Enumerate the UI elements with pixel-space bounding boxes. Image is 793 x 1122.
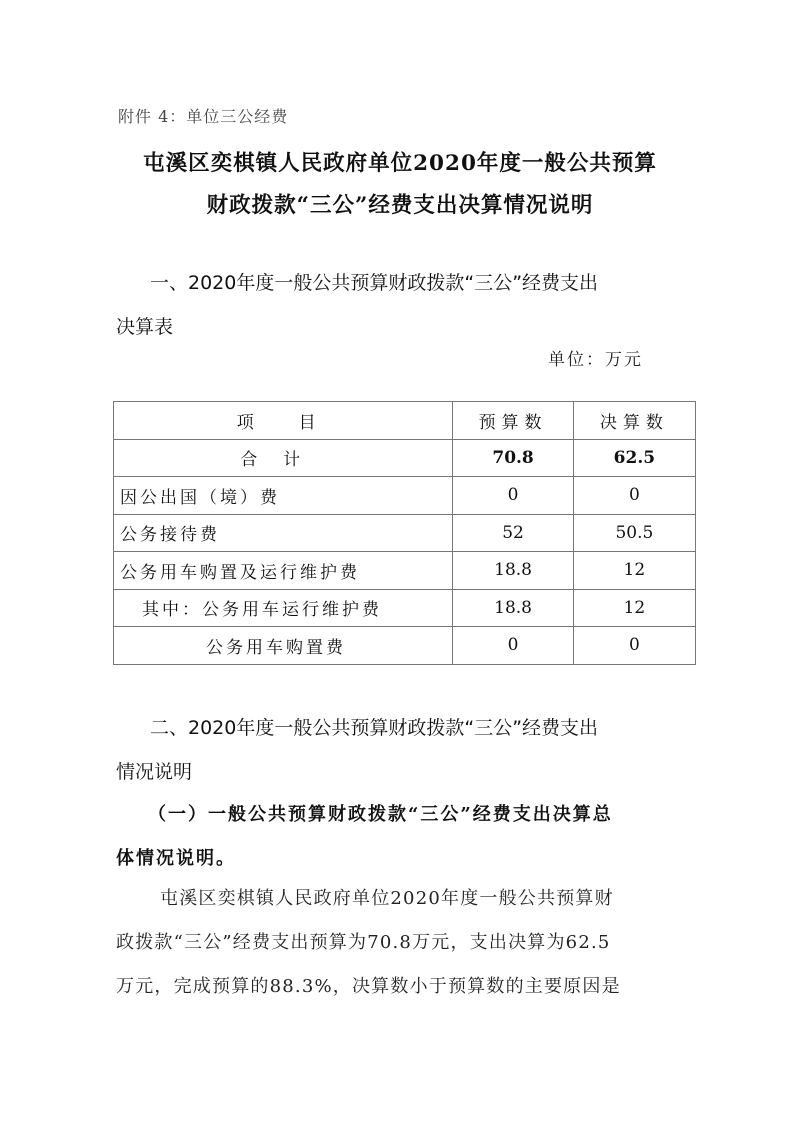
- document-title-line1: 屯溪区奕棋镇人民政府单位2020年度一般公共预算: [100, 146, 700, 177]
- section2-heading-cont: 情况说明: [116, 757, 192, 784]
- document-title-line2: 财政拨款“三公”经费支出决算情况说明: [100, 188, 700, 219]
- row-item: 公务接待费: [114, 514, 453, 552]
- subsection1-heading-cont: 体情况说明。: [116, 844, 236, 870]
- unit-label: 单位：万元: [548, 345, 643, 370]
- header-item: 项 目: [114, 402, 453, 440]
- table-row: 其中：公务用车运行维护费 18.8 12: [114, 589, 696, 627]
- row-budget: 0: [453, 477, 573, 515]
- section1-heading: 一、2020年度一般公共预算财政拨款“三公”经费支出: [150, 268, 598, 295]
- row-actual: 12: [573, 589, 695, 627]
- document-page: 附件 4：单位三公经费 屯溪区奕棋镇人民政府单位2020年度一般公共预算 财政拨…: [0, 0, 793, 1122]
- row-budget: 52: [453, 514, 573, 552]
- header-actual: 决算数: [573, 402, 695, 440]
- table-header-row: 项 目 预算数 决算数: [114, 402, 696, 440]
- row-actual: 50.5: [573, 514, 695, 552]
- row-actual: 0: [573, 477, 695, 515]
- table-row-total: 合计 70.8 62.5: [114, 439, 696, 477]
- row-item: 其中：公务用车运行维护费: [114, 589, 453, 627]
- row-budget: 70.8: [453, 439, 573, 477]
- subsection1-heading: （一）一般公共预算财政拨款“三公”经费支出决算总: [148, 800, 613, 826]
- paragraph-line: 政拨款“三公”经费支出预算为70.8万元，支出决算为62.5: [116, 928, 611, 954]
- table-row: 公务用车购置费 0 0: [114, 627, 696, 665]
- table-row: 公务接待费 52 50.5: [114, 514, 696, 552]
- paragraph-line: 屯溪区奕棋镇人民政府单位2020年度一般公共预算财: [160, 884, 614, 910]
- row-item: 公务用车购置费: [114, 627, 453, 665]
- row-item: 因公出国（境）费: [114, 477, 453, 515]
- table-row: 公务用车购置及运行维护费 18.8 12: [114, 552, 696, 590]
- row-item: 公务用车购置及运行维护费: [114, 552, 453, 590]
- table-row: 因公出国（境）费 0 0: [114, 477, 696, 515]
- row-actual: 62.5: [573, 439, 695, 477]
- paragraph-line: 万元，完成预算的88.3%，决算数小于预算数的主要原因是: [116, 972, 621, 998]
- row-budget: 18.8: [453, 589, 573, 627]
- row-actual: 0: [573, 627, 695, 665]
- section2-heading: 二、2020年度一般公共预算财政拨款“三公”经费支出: [150, 713, 598, 740]
- attachment-label: 附件 4：单位三公经费: [118, 104, 288, 127]
- row-actual: 12: [573, 552, 695, 590]
- row-budget: 18.8: [453, 552, 573, 590]
- row-budget: 0: [453, 627, 573, 665]
- three-public-expenses-table: 项 目 预算数 决算数 合计 70.8 62.5 因公出国（境）费 0 0 公务…: [113, 401, 696, 665]
- header-budget: 预算数: [453, 402, 573, 440]
- row-item: 合计: [114, 439, 453, 477]
- section1-heading-cont: 决算表: [116, 312, 173, 339]
